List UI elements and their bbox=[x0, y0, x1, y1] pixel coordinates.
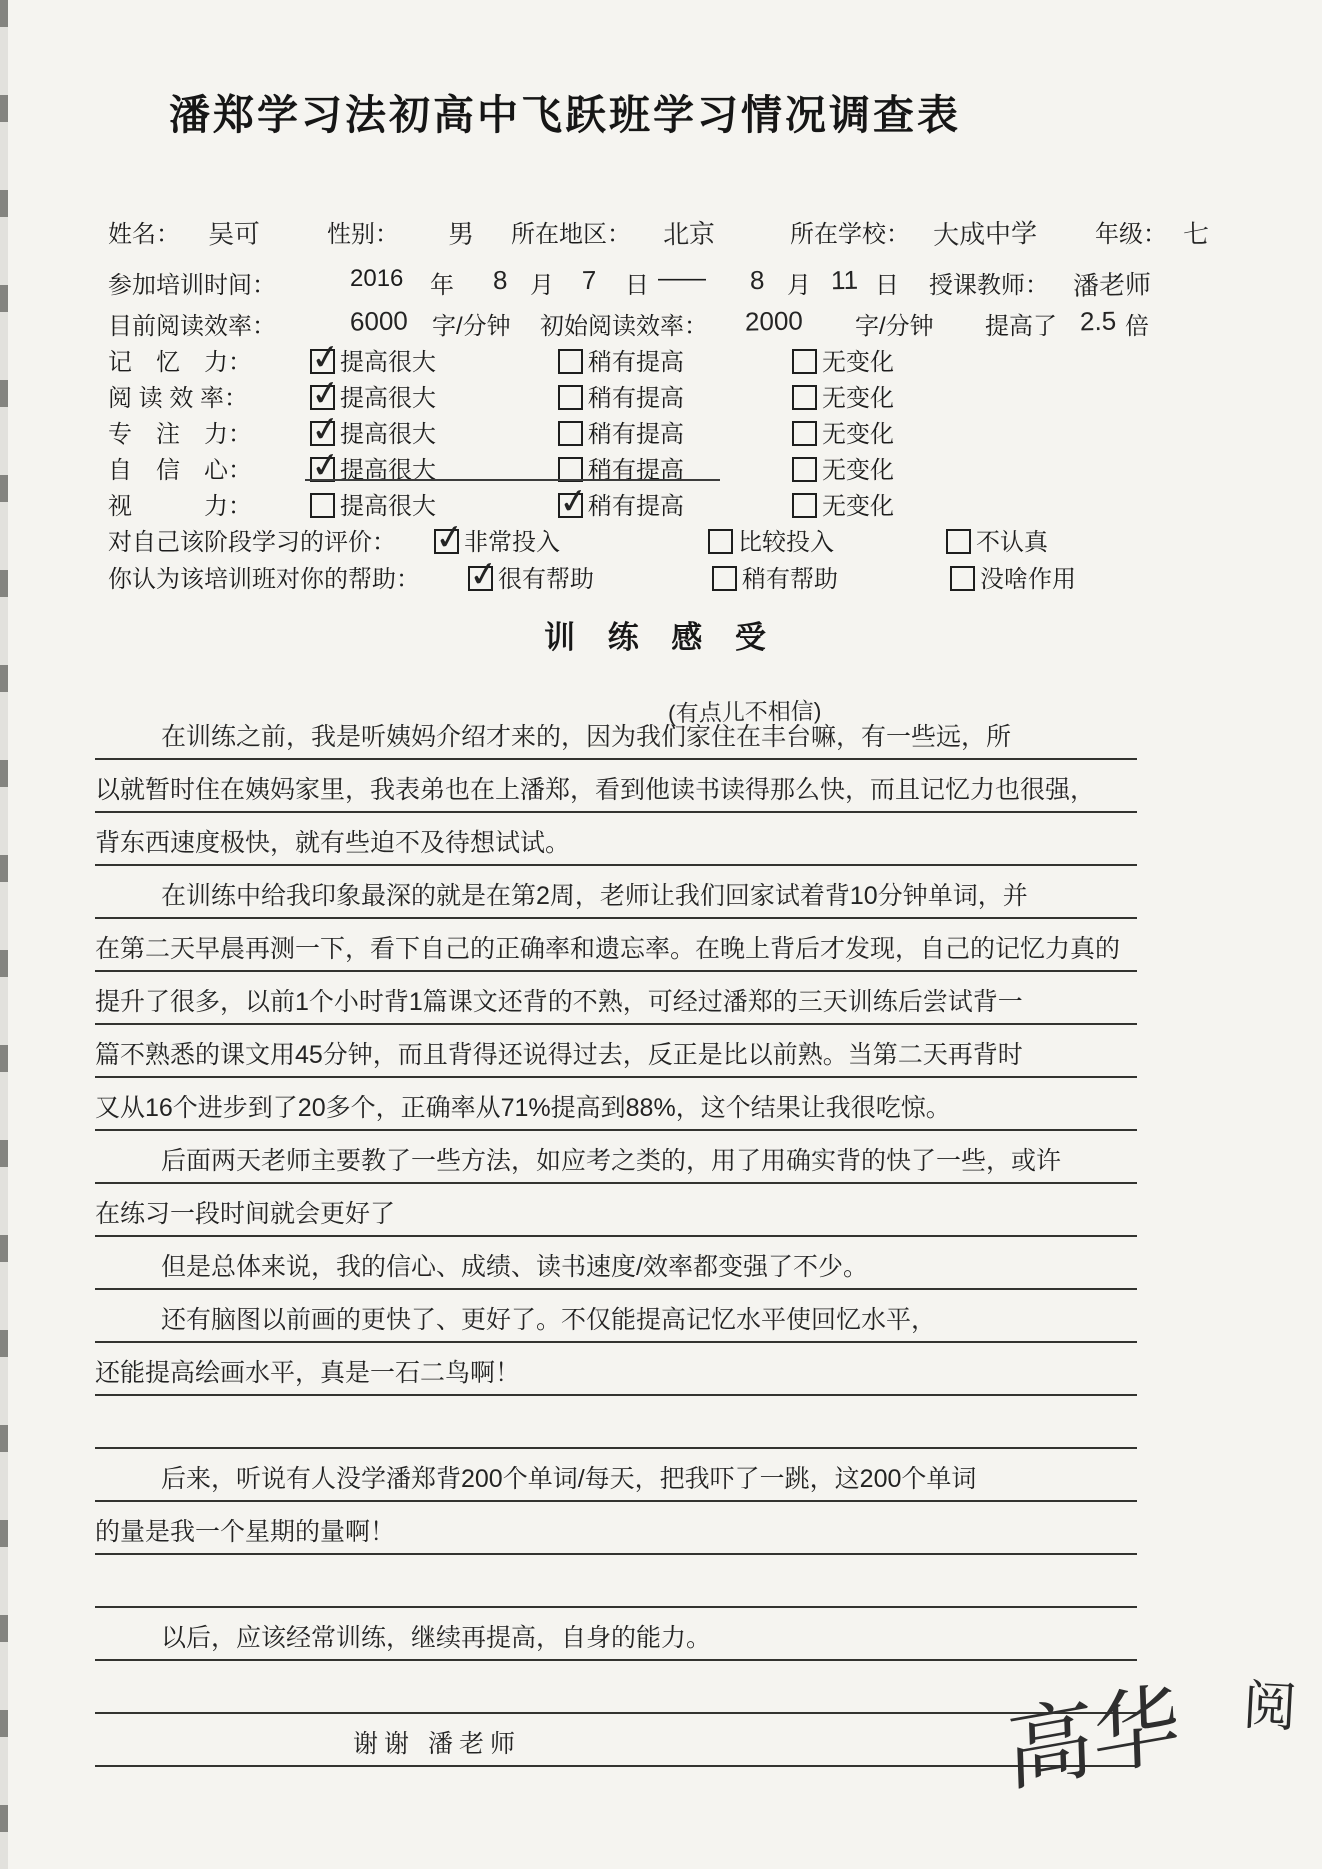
essay-line: 在训练中给我印象最深的就是在第2周，老师让我们回家试着背10分钟单词，并 bbox=[95, 866, 1137, 919]
initial-speed-value: 2000 bbox=[745, 305, 803, 337]
option-label: 无变化 bbox=[822, 349, 894, 376]
rating-label: 自 信 心： bbox=[108, 450, 252, 485]
improve-unit: 倍 bbox=[1125, 306, 1149, 341]
evaluation-label: 对自己该阶段学习的评价： bbox=[108, 522, 396, 557]
grade-label: 年级： bbox=[1095, 214, 1167, 249]
info-row-reading-speed: 目前阅读效率： 6000 字/分钟 初始阅读效率： 2000 字/分钟 提高了 … bbox=[0, 306, 1322, 340]
option-label: 提高很大 bbox=[340, 385, 436, 412]
option-label: 稍有提高 bbox=[588, 349, 684, 376]
info-row-identity: 姓名： 吴可 性别： 男 所在地区： 北京 所在学校： 大成中学 年级： 七 bbox=[0, 214, 1322, 248]
checkbox-slightly-improved[interactable] bbox=[558, 385, 583, 410]
school-label: 所在学校： bbox=[790, 214, 910, 249]
option-label: 无变化 bbox=[822, 421, 894, 448]
day-unit-1: 日 bbox=[625, 265, 649, 300]
checkbox-no-change[interactable] bbox=[792, 457, 817, 482]
option-label: 无变化 bbox=[822, 385, 894, 412]
checkbox-improved-greatly[interactable] bbox=[310, 421, 335, 446]
option-label: 比较投入 bbox=[738, 529, 834, 556]
option-label: 无变化 bbox=[822, 457, 894, 484]
rating-label: 视 力： bbox=[108, 486, 252, 521]
essay-line: 后来，听说有人没学潘郑背200个单词/每天，把我吓了一跳，这200个单词 bbox=[95, 1449, 1137, 1502]
speed-unit-2: 字/分钟 bbox=[855, 306, 934, 341]
essay-line bbox=[95, 1661, 1137, 1714]
checkbox-not-serious[interactable] bbox=[946, 529, 971, 554]
gender-value: 男 bbox=[448, 214, 475, 252]
option-label: 无变化 bbox=[822, 493, 894, 520]
checkbox-slightly-improved[interactable] bbox=[558, 493, 583, 518]
checkbox-no-change[interactable] bbox=[792, 421, 817, 446]
end-day-value: 11 bbox=[831, 265, 859, 297]
start-month-value: 8 bbox=[493, 265, 508, 296]
essay-line: 在练习一段时间就会更好了 bbox=[95, 1184, 1137, 1237]
checkbox-slightly-helpful[interactable] bbox=[712, 566, 737, 591]
rating-label: 专 注 力： bbox=[108, 414, 252, 449]
form-title: 潘郑学习法初高中飞跃班学习情况调查表 bbox=[0, 82, 1130, 141]
essay-line: 在训练之前，我是听姨妈介绍才来的，因为我们家住在丰台嘛，有一些远，所 bbox=[95, 707, 1137, 760]
rating-label: 阅 读 效 率： bbox=[108, 378, 248, 413]
essay-line: 但是总体来说，我的信心、成绩、读书速度/效率都变强了不少。 bbox=[95, 1237, 1137, 1290]
checkbox-slightly-improved[interactable] bbox=[558, 421, 583, 446]
essay-line: 的量是我一个星期的量啊！ bbox=[95, 1502, 1137, 1555]
improve-label: 提高了 bbox=[985, 306, 1057, 341]
essay-line: 又从16个进步到了20多个，正确率从71%提高到88%，这个结果让我很吃惊。 bbox=[95, 1078, 1137, 1131]
option-label: 提高很大 bbox=[340, 493, 436, 520]
option-label: 稍有提高 bbox=[588, 385, 684, 412]
essay-body: 在训练之前，我是听姨妈介绍才来的，因为我们家住在丰台嘛，有一些远，所 以就暂时住… bbox=[95, 707, 1137, 1767]
rating-row-concentration: 专 注 力： 提高很大 稍有提高 无变化 bbox=[0, 414, 1322, 448]
essay-line: 还能提高绘画水平，真是一石二鸟啊！ bbox=[95, 1343, 1137, 1396]
evaluation-label: 你认为该培训班对你的帮助： bbox=[108, 559, 420, 594]
essay-line: 以后，应该经常训练，继续再提高，自身的能力。 bbox=[95, 1608, 1137, 1661]
essay-line: 背东西速度极快，就有些迫不及待想试试。 bbox=[95, 813, 1137, 866]
option-label: 不认真 bbox=[976, 529, 1048, 556]
essay-line: 提升了很多，以前1个小时背1篇课文还背的不熟，可经过潘郑的三天训练后尝试背一 bbox=[95, 972, 1137, 1025]
speed-unit-1: 字/分钟 bbox=[432, 306, 511, 341]
rating-row-reading-efficiency: 阅 读 效 率： 提高很大 稍有提高 无变化 bbox=[0, 378, 1322, 412]
checkbox-fairly-engaged[interactable] bbox=[708, 529, 733, 554]
essay-line: 以就暂时住在姨妈家里，我表弟也在上潘郑，看到他读书读得那么快，而且记忆力也很强， bbox=[95, 760, 1137, 813]
option-label: 稍有提高 bbox=[588, 421, 684, 448]
checkbox-no-change[interactable] bbox=[792, 493, 817, 518]
grade-value: 七 bbox=[1183, 214, 1210, 252]
month-unit-2: 月 bbox=[787, 265, 811, 300]
essay-line bbox=[95, 1555, 1137, 1608]
name-value: 吴可 bbox=[208, 213, 261, 251]
current-speed-value: 6000 bbox=[350, 305, 408, 337]
checkbox-very-helpful[interactable] bbox=[468, 566, 493, 591]
evaluation-row-helpfulness: 你认为该培训班对你的帮助： 很有帮助 稍有帮助 没啥作用 bbox=[0, 559, 1322, 593]
reviewed-stamp: 阅 bbox=[1241, 1663, 1299, 1743]
year-unit: 年 bbox=[430, 265, 454, 300]
region-value: 北京 bbox=[663, 213, 716, 251]
handwritten-underline bbox=[305, 479, 720, 481]
essay-line: 后面两天老师主要教了一些方法，如应考之类的，用了用确实背的快了一些，或许 bbox=[95, 1131, 1137, 1184]
initial-speed-label: 初始阅读效率： bbox=[540, 306, 708, 341]
year-value: 2016 bbox=[350, 265, 403, 293]
rating-row-memory: 记 忆 力： 提高很大 稍有提高 无变化 bbox=[0, 342, 1322, 376]
checkbox-improved-greatly[interactable] bbox=[310, 385, 335, 410]
current-speed-label: 目前阅读效率： bbox=[108, 306, 276, 341]
rating-row-eyesight: 视 力： 提高很大 稍有提高 无变化 bbox=[0, 486, 1322, 520]
essay-line: 篇不熟悉的课文用45分钟，而且背得还说得过去，反正是比以前熟。当第二天再背时 bbox=[95, 1025, 1137, 1078]
option-label: 稍有提高 bbox=[588, 493, 684, 520]
checkbox-no-use[interactable] bbox=[950, 566, 975, 591]
option-label: 没啥作用 bbox=[980, 566, 1076, 593]
date-range-dash: —— bbox=[658, 265, 706, 293]
essay-line: 谢谢 潘老师 bbox=[95, 1714, 1137, 1767]
day-unit-2: 日 bbox=[875, 265, 899, 300]
month-unit-1: 月 bbox=[530, 265, 554, 300]
rating-label: 记 忆 力： bbox=[108, 342, 252, 377]
option-label: 很有帮助 bbox=[498, 566, 594, 593]
gender-label: 性别： bbox=[327, 214, 399, 249]
checkbox-no-change[interactable] bbox=[792, 349, 817, 374]
checkbox-improved-greatly[interactable] bbox=[310, 349, 335, 374]
name-label: 姓名： bbox=[108, 214, 180, 249]
essay-line: 还有脑图以前画的更快了、更好了。不仅能提高记忆水平使回忆水平， bbox=[95, 1290, 1137, 1343]
option-label: 提高很大 bbox=[340, 421, 436, 448]
checkbox-very-engaged[interactable] bbox=[434, 529, 459, 554]
school-value: 大成中学 bbox=[933, 213, 1038, 252]
start-day-value: 7 bbox=[582, 265, 597, 296]
evaluation-row-attitude: 对自己该阶段学习的评价： 非常投入 比较投入 不认真 bbox=[0, 522, 1322, 556]
checkbox-improved-greatly[interactable] bbox=[310, 493, 335, 518]
scanned-survey-form: 潘郑学习法初高中飞跃班学习情况调查表 姓名： 吴可 性别： 男 所在地区： 北京… bbox=[0, 0, 1322, 1869]
checkbox-no-change[interactable] bbox=[792, 385, 817, 410]
checkbox-slightly-improved[interactable] bbox=[558, 349, 583, 374]
region-label: 所在地区： bbox=[511, 214, 631, 249]
end-month-value: 8 bbox=[750, 265, 765, 296]
essay-line: 在第二天早晨再测一下，看下自己的正确率和遗忘率。在晚上背后才发现，自己的记忆力真… bbox=[95, 919, 1137, 972]
teacher-value: 潘老师 bbox=[1073, 264, 1152, 303]
improve-value: 2.5 bbox=[1080, 306, 1117, 338]
teacher-label: 授课教师： bbox=[929, 265, 1049, 300]
option-label: 提高很大 bbox=[340, 349, 436, 376]
option-label: 稍有帮助 bbox=[742, 566, 838, 593]
essay-section-title: 训 练 感 受 bbox=[0, 612, 1322, 657]
option-label: 非常投入 bbox=[464, 529, 560, 556]
essay-line bbox=[95, 1396, 1137, 1449]
training-time-label: 参加培训时间： bbox=[108, 265, 276, 300]
info-row-training-time: 参加培训时间： 2016 年 8 月 7 日 —— 8 月 11 日 授课教师：… bbox=[0, 265, 1322, 299]
